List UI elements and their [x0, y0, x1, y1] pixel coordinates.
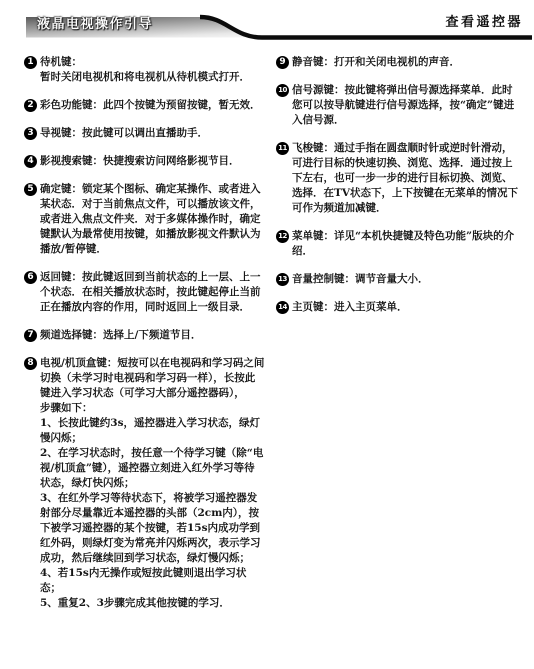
- item-text: 菜单键：详见“本机快捷键及特色功能”版块的介绍．: [292, 229, 521, 259]
- item-text: 音量控制键：调节音量大小．: [292, 272, 521, 287]
- left-column: 1 待机键： 暂时关闭电视机和将电视机从待机模式打开． 2 彩色功能键：此四个按…: [24, 55, 265, 624]
- instruction-item-menu: 12 菜单键：详见“本机快捷键及特色功能”版块的介绍．: [276, 229, 521, 259]
- manual-page: 液晶电视操作引导 查看遥控器 1 待机键： 暂时关闭电视机和将电视机从待机模式打…: [0, 0, 534, 669]
- item-number-badge: 11: [276, 142, 289, 155]
- instruction-item-channel-select: 7 频道选择键：选择上/下频道节目．: [24, 328, 265, 343]
- item-text: 待机键： 暂时关闭电视机和将电视机从待机模式打开．: [40, 55, 265, 85]
- item-number-badge: 9: [276, 56, 289, 69]
- instruction-item-back: 6 返回键：按此键返回到当前状态的上一层、上一个状态．在相关播放状态时，按此键起…: [24, 270, 265, 315]
- item-text: 静音键：打开和关闭电视机的声音．: [292, 55, 521, 70]
- item-text: 导视键：按此键可以调出直播助手．: [40, 126, 265, 141]
- item-number-badge: 3: [24, 127, 37, 140]
- item-text: 影视搜索键：快捷搜索访问网络影视节目．: [40, 154, 265, 169]
- page-header: 液晶电视操作引导 查看遥控器: [0, 0, 534, 48]
- item-text: 电视/机顶盒键：短按可以在电视码和学习码之间切换（未学习时电视码和学习码一样），…: [40, 356, 265, 611]
- instruction-item-home: 14 主页键：进入主页菜单．: [276, 300, 521, 315]
- item-number-badge: 4: [24, 155, 37, 168]
- item-text: 信号源键：按此键将弹出信号源选择菜单．此时您可以按导航键进行信号源选择，按“确定…: [292, 83, 521, 128]
- instruction-item-color-keys: 2 彩色功能键：此四个按键为预留按键，暂无效．: [24, 98, 265, 113]
- item-text: 确定键：锁定某个图标、确定某操作、或者进入某状态．对于当前焦点文件，可以播放该文…: [40, 182, 265, 257]
- item-text: 彩色功能键：此四个按键为预留按键，暂无效．: [40, 98, 265, 113]
- item-number-badge: 12: [276, 230, 289, 243]
- item-number-badge: 6: [24, 271, 37, 284]
- item-number-badge: 7: [24, 329, 37, 342]
- right-column: 9 静音键：打开和关闭电视机的声音． 10 信号源键：按此键将弹出信号源选择菜单…: [276, 55, 521, 328]
- item-number-badge: 5: [24, 183, 37, 196]
- item-text: 返回键：按此键返回到当前状态的上一层、上一个状态．在相关播放状态时，按此键起停止…: [40, 270, 265, 315]
- instruction-item-ok: 5 确定键：锁定某个图标、确定某操作、或者进入某状态．对于当前焦点文件，可以播放…: [24, 182, 265, 257]
- instruction-item-standby: 1 待机键： 暂时关闭电视机和将电视机从待机模式打开．: [24, 55, 265, 85]
- instruction-item-jog-wheel: 11 飞梭键：通过手指在圆盘顺时针或逆时针滑动，可进行目标的快速切换、浏览、选择…: [276, 141, 521, 216]
- instruction-item-tv-stb: 8 电视/机顶盒键：短按可以在电视码和学习码之间切换（未学习时电视码和学习码一样…: [24, 356, 265, 611]
- item-number-badge: 1: [24, 56, 37, 69]
- item-number-badge: 13: [276, 273, 289, 286]
- instruction-item-source: 10 信号源键：按此键将弹出信号源选择菜单．此时您可以按导航键进行信号源选择，按…: [276, 83, 521, 128]
- item-number-badge: 2: [24, 99, 37, 112]
- view-remote-link[interactable]: 查看遥控器: [445, 16, 523, 29]
- instruction-item-guide: 3 导视键：按此键可以调出直播助手．: [24, 126, 265, 141]
- item-text: 飞梭键：通过手指在圆盘顺时针或逆时针滑动，可进行目标的快速切换、浏览、选择．通过…: [292, 141, 521, 216]
- page-title: 液晶电视操作引导: [37, 18, 153, 31]
- item-number-badge: 8: [24, 357, 37, 370]
- item-text: 频道选择键：选择上/下频道节目．: [40, 328, 265, 343]
- instruction-item-mute: 9 静音键：打开和关闭电视机的声音．: [276, 55, 521, 70]
- instruction-item-volume: 13 音量控制键：调节音量大小．: [276, 272, 521, 287]
- instruction-item-video-search: 4 影视搜索键：快捷搜索访问网络影视节目．: [24, 154, 265, 169]
- item-text: 主页键：进入主页菜单．: [292, 300, 521, 315]
- item-number-badge: 14: [276, 301, 289, 314]
- item-number-badge: 10: [276, 84, 289, 97]
